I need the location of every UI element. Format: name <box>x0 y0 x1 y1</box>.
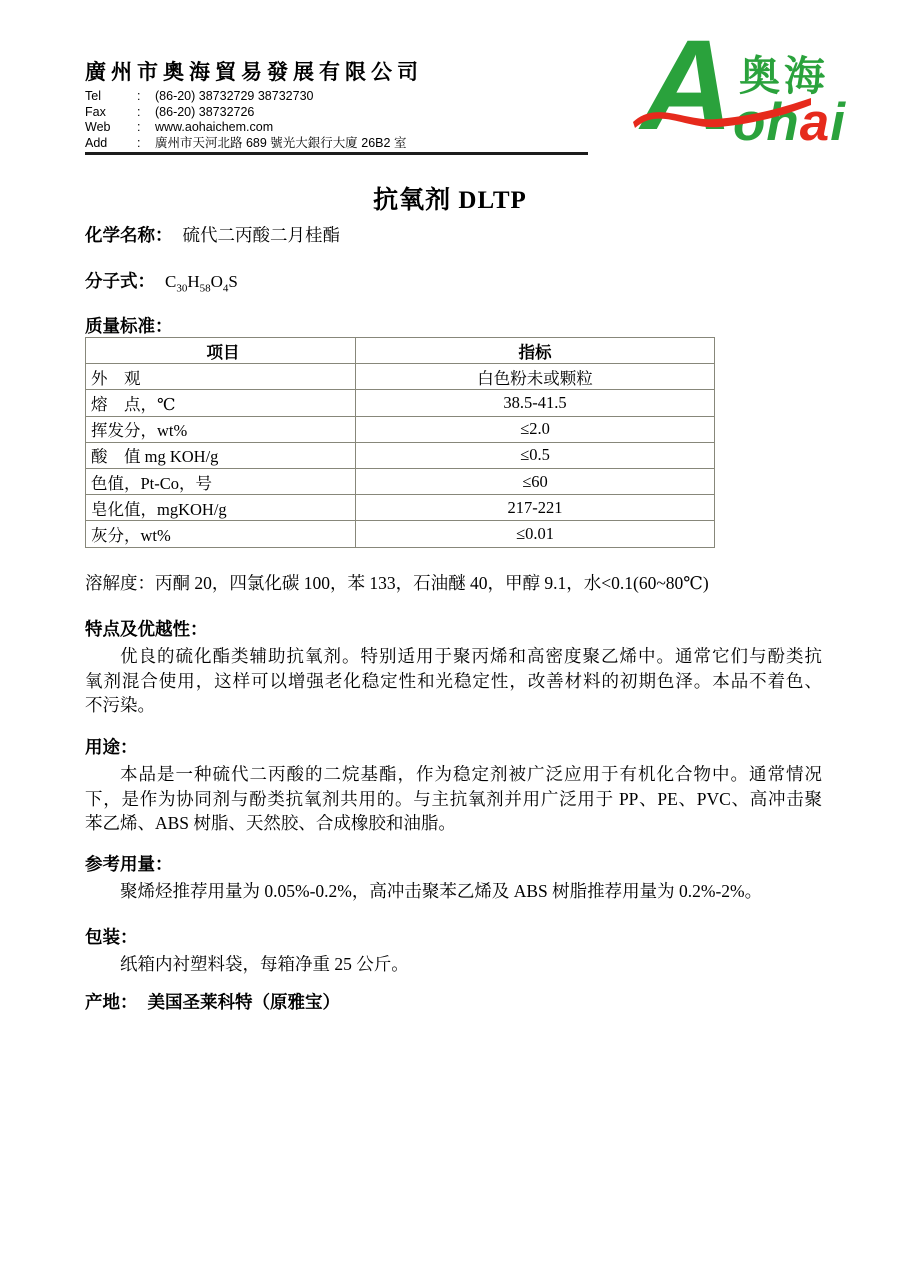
dosage-heading: 参考用量： <box>85 851 822 876</box>
paragraph-line: 不污染。 <box>85 693 822 718</box>
usage-heading: 用途： <box>85 734 822 759</box>
paragraph-line: 纸箱内衬塑料袋，每箱净重 25 公斤。 <box>85 952 822 977</box>
table-row: 熔 点，℃ 38.5-41.5 <box>86 390 715 416</box>
fax-value: (86-20) 38732726 <box>155 105 254 121</box>
spec-cell: ≤60 <box>356 468 715 494</box>
spec-cell: 38.5-41.5 <box>356 390 715 416</box>
table-row: 挥发分，wt% ≤2.0 <box>86 416 715 442</box>
aohai-logo: A 奥海 ohai ohai <box>641 44 856 179</box>
paragraph-line: 本品是一种硫代二丙酸的二烷基酯，作为稳定剂被广泛应用于有机化合物中。通常情况 <box>85 762 822 787</box>
item-cell: 挥发分，wt% <box>86 416 356 442</box>
item-cell: 外 观 <box>86 364 356 390</box>
features-heading: 特点及优越性： <box>85 616 822 641</box>
quality-standard-label: 质量标准： <box>85 313 183 338</box>
item-cell: 皂化值，mgKOH/g <box>86 495 356 521</box>
spec-cell: 白色粉未或颗粒 <box>356 364 715 390</box>
features-paragraph: 优良的硫化酯类辅助抗氧剂。特别适用于聚丙烯和高密度聚乙烯中。通常它们与酚类抗氧剂… <box>85 644 822 718</box>
item-cell: 酸 值 mg KOH/g <box>86 442 356 468</box>
chemical-name-value: 硫代二丙酸二月桂酯 <box>183 225 341 245</box>
tel-colon: : <box>137 89 155 105</box>
section-dosage: 参考用量： 聚烯烃推荐用量为 0.05%-0.2%，高冲击聚苯乙烯及 ABS 树… <box>85 851 822 904</box>
table-row: 外 观 白色粉未或颗粒 <box>86 364 715 390</box>
solubility-label: 溶解度： <box>85 573 155 593</box>
column-header-spec: 指标 <box>356 338 715 364</box>
section-packing: 包装： 纸箱内衬塑料袋，每箱净重 25 公斤。 <box>85 924 822 977</box>
swoosh-icon <box>633 96 813 132</box>
contact-row-fax: Fax : (86-20) 38732726 <box>85 105 406 121</box>
document-page: 廣州市奧海貿易發展有限公司 Tel : (86-20) 38732729 387… <box>0 0 900 1273</box>
chemical-name-label: 化学名称： <box>85 225 173 245</box>
fax-label: Fax <box>85 105 137 121</box>
web-colon: : <box>137 120 155 136</box>
address-colon: : <box>137 136 155 152</box>
origin-line: 产地：美国圣莱科特（原雅宝） <box>85 989 340 1014</box>
logo-chinese-text: 奥海 <box>739 56 829 97</box>
table-row: 灰分，wt% ≤0.01 <box>86 521 715 547</box>
paragraph-line: 氧剂混合使用，这样可以增强老化稳定性和光稳定性，改善材料的初期色泽。本品不着色、 <box>85 669 822 694</box>
table-row: 色值，Pt-Co，号 ≤60 <box>86 468 715 494</box>
spec-cell: ≤0.01 <box>356 521 715 547</box>
logo-letter-i: i <box>830 93 846 152</box>
item-cell: 色值，Pt-Co，号 <box>86 468 356 494</box>
web-url: www.aohaichem.com <box>155 120 273 136</box>
address-value: 廣州市天河北路 689 號光大銀行大廈 26B2 室 <box>155 136 406 152</box>
logo-artwork: A 奥海 ohai <box>641 44 856 179</box>
paragraph-line: 优良的硫化酯类辅助抗氧剂。特别适用于聚丙烯和高密度聚乙烯中。通常它们与酚类抗 <box>85 644 822 669</box>
contact-info: Tel : (86-20) 38732729 38732730 Fax : (8… <box>85 89 406 151</box>
origin-label: 产地： <box>85 992 138 1012</box>
solubility-line: 溶解度：丙酮 20，四氯化碳 100，苯 133，石油醚 40，甲醇 9.1，水… <box>85 570 709 595</box>
contact-row-tel: Tel : (86-20) 38732729 38732730 <box>85 89 406 105</box>
spec-cell: 217-221 <box>356 495 715 521</box>
column-header-item: 项目 <box>86 338 356 364</box>
packing-heading: 包装： <box>85 924 822 949</box>
formula-label: 分子式： <box>85 271 155 291</box>
spec-cell: ≤0.5 <box>356 442 715 468</box>
company-name: 廣州市奧海貿易發展有限公司 <box>85 56 423 86</box>
section-features: 特点及优越性： 优良的硫化酯类辅助抗氧剂。特别适用于聚丙烯和高密度聚乙烯中。通常… <box>85 616 822 718</box>
spec-cell: ≤2.0 <box>356 416 715 442</box>
table-header-row: 项目 指标 <box>86 338 715 364</box>
item-cell: 灰分，wt% <box>86 521 356 547</box>
tel-value: (86-20) 38732729 38732730 <box>155 89 313 105</box>
formula-value: C30H58O4S <box>165 272 238 291</box>
chemical-name-line: 化学名称：硫代二丙酸二月桂酯 <box>85 222 340 247</box>
paragraph-line: 聚烯烃推荐用量为 0.05%-0.2%，高冲击聚苯乙烯及 ABS 树脂推荐用量为… <box>85 879 822 904</box>
header-divider <box>85 152 588 155</box>
contact-row-web: Web : www.aohaichem.com <box>85 120 406 136</box>
solubility-value: 丙酮 20，四氯化碳 100，苯 133，石油醚 40，甲醇 9.1，水<0.1… <box>155 573 709 593</box>
tel-label: Tel <box>85 89 137 105</box>
usage-paragraph: 本品是一种硫代二丙酸的二烷基酯，作为稳定剂被广泛应用于有机化合物中。通常情况下，… <box>85 762 822 836</box>
contact-row-address: Add : 廣州市天河北路 689 號光大銀行大廈 26B2 室 <box>85 136 406 152</box>
page-title: 抗氧剂 DLTP <box>0 180 900 216</box>
paragraph-line: 下，是作为协同剂与酚类抗氧剂共用的。与主抗氧剂并用广泛用于 PP、PE、PVC、… <box>85 787 822 812</box>
fax-colon: : <box>137 105 155 121</box>
web-label: Web <box>85 120 137 136</box>
address-label: Add <box>85 136 137 152</box>
origin-value: 美国圣莱科特（原雅宝） <box>148 992 341 1012</box>
quality-table: 项目 指标 外 观 白色粉未或颗粒 熔 点，℃ 38.5-41.5 挥发分，wt… <box>85 337 715 548</box>
section-usage: 用途： 本品是一种硫代二丙酸的二烷基酯，作为稳定剂被广泛应用于有机化合物中。通常… <box>85 734 822 836</box>
paragraph-line: 苯乙烯、ABS 树脂、天然胶、合成橡胶和油脂。 <box>85 811 822 836</box>
table-row: 皂化值，mgKOH/g 217-221 <box>86 495 715 521</box>
formula-line: 分子式：C30H58O4S <box>85 268 238 294</box>
table-row: 酸 值 mg KOH/g ≤0.5 <box>86 442 715 468</box>
dosage-paragraph: 聚烯烃推荐用量为 0.05%-0.2%，高冲击聚苯乙烯及 ABS 树脂推荐用量为… <box>85 879 822 904</box>
item-cell: 熔 点，℃ <box>86 390 356 416</box>
packing-paragraph: 纸箱内衬塑料袋，每箱净重 25 公斤。 <box>85 952 822 977</box>
